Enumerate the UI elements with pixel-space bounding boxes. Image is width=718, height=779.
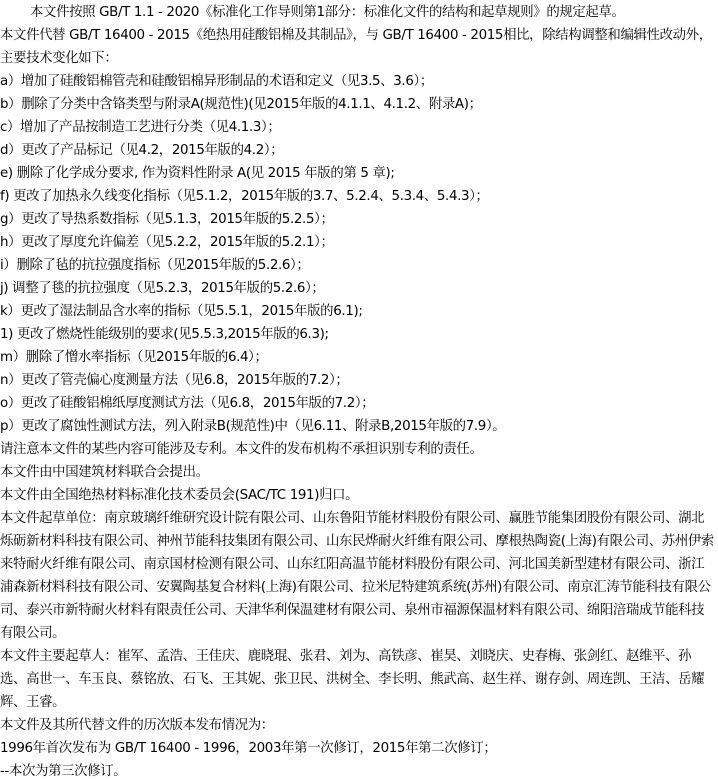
change-item-f: f) 更改了加热永久线变化指标（见5.1.2，2015年版的3.7、5.2.4、…	[0, 185, 718, 208]
change-item-b: b）删除了分类中含铬类型与附录A(规范性)(见2015年版的4.1.1、4.1.…	[0, 93, 718, 116]
change-item-h: h）更改了厚度允许偏差（见5.2.2，2015年版的5.2.1）；	[0, 231, 718, 254]
proposed-by: 本文件由中国建筑材料联合会提出。	[0, 461, 718, 484]
change-item-p: p）更改了腐蚀性测试方法，列入附录B(规范性)中（见6.11、附录B,2015年…	[0, 415, 718, 438]
patent-notice: 请注意本文件的某些内容可能涉及专利。本文件的发布机构不承担识别专利的责任。	[0, 438, 718, 461]
change-item-o: o）更改了硅酸铝棉纸厚度测试方法（见6.8，2015年版的7.2）；	[0, 392, 718, 415]
history-heading: 本文件及其所代替文件的历次版本发布情况为：	[0, 714, 718, 737]
change-item-j: j) 调整了毯的抗拉强度（见5.2.3，2015年版的5.2.6）；	[0, 277, 718, 300]
current-revision: --本次为第三次修订。	[0, 760, 718, 779]
history-versions: 1996年首次发布为 GB/T 16400 - 1996，2003年第一次修订，…	[0, 737, 718, 760]
change-item-n: n）更改了管壳偏心度测量方法（见6.8，2015年版的7.2）；	[0, 369, 718, 392]
intro-paragraph: 本文件按照 GB/T 1.1 - 2020《标准化工作导则第1部分：标准化文件的…	[0, 1, 718, 24]
drafting-units: 本文件起草单位：南京玻璃纤维研究设计院有限公司、山东鲁阳节能材料股份有限公司、赢…	[0, 507, 716, 645]
change-item-i: i）删除了毡的抗拉强度指标（见2015年版的5.2.6）；	[0, 254, 718, 277]
centralized-by: 本文件由全国绝热材料标准化技术委员会(SAC/TC 191)归口。	[0, 484, 718, 507]
changes-list: a）增加了硅酸铝棉管壳和硅酸铝棉异形制品的术语和定义（见3.5、3.6）； b）…	[0, 70, 718, 438]
change-item-g: g）更改了导热系数指标（见5.1.3，2015年版的5.2.5）；	[0, 208, 718, 231]
main-drafters: 本文件主要起草人：崔军、孟浩、王佳庆、鹿晓琨、张君、刘为、高铁彦、崔昊、刘晓庆、…	[0, 645, 716, 714]
document-foreword: 本文件按照 GB/T 1.1 - 2020《标准化工作导则第1部分：标准化文件的…	[0, 0, 718, 779]
change-item-l: 1) 更改了燃烧性能级别的要求(见5.5.3,2015年版的6.3);	[0, 323, 718, 346]
change-item-c: c）增加了产品按制造工艺进行分类（见4.1.3）；	[0, 116, 718, 139]
replaces-paragraph: 本文件代替 GB/T 16400 - 2015《绝热用硅酸铝棉及其制品》，与 G…	[0, 24, 716, 70]
change-item-m: m）删除了憎水率指标（见2015年版的6.4）；	[0, 346, 718, 369]
change-item-k: k）更改了湿法制品含水率的指标（见5.5.1，2015年版的6.1);	[0, 300, 718, 323]
change-item-e: e) 删除了化学成分要求, 作为资料性附录 A(见 2015 年版的第 5 章)…	[0, 162, 718, 185]
change-item-d: d）更改了产品标记（见4.2，2015年版的4.2）；	[0, 139, 718, 162]
change-item-a: a）增加了硅酸铝棉管壳和硅酸铝棉异形制品的术语和定义（见3.5、3.6）；	[0, 70, 718, 93]
